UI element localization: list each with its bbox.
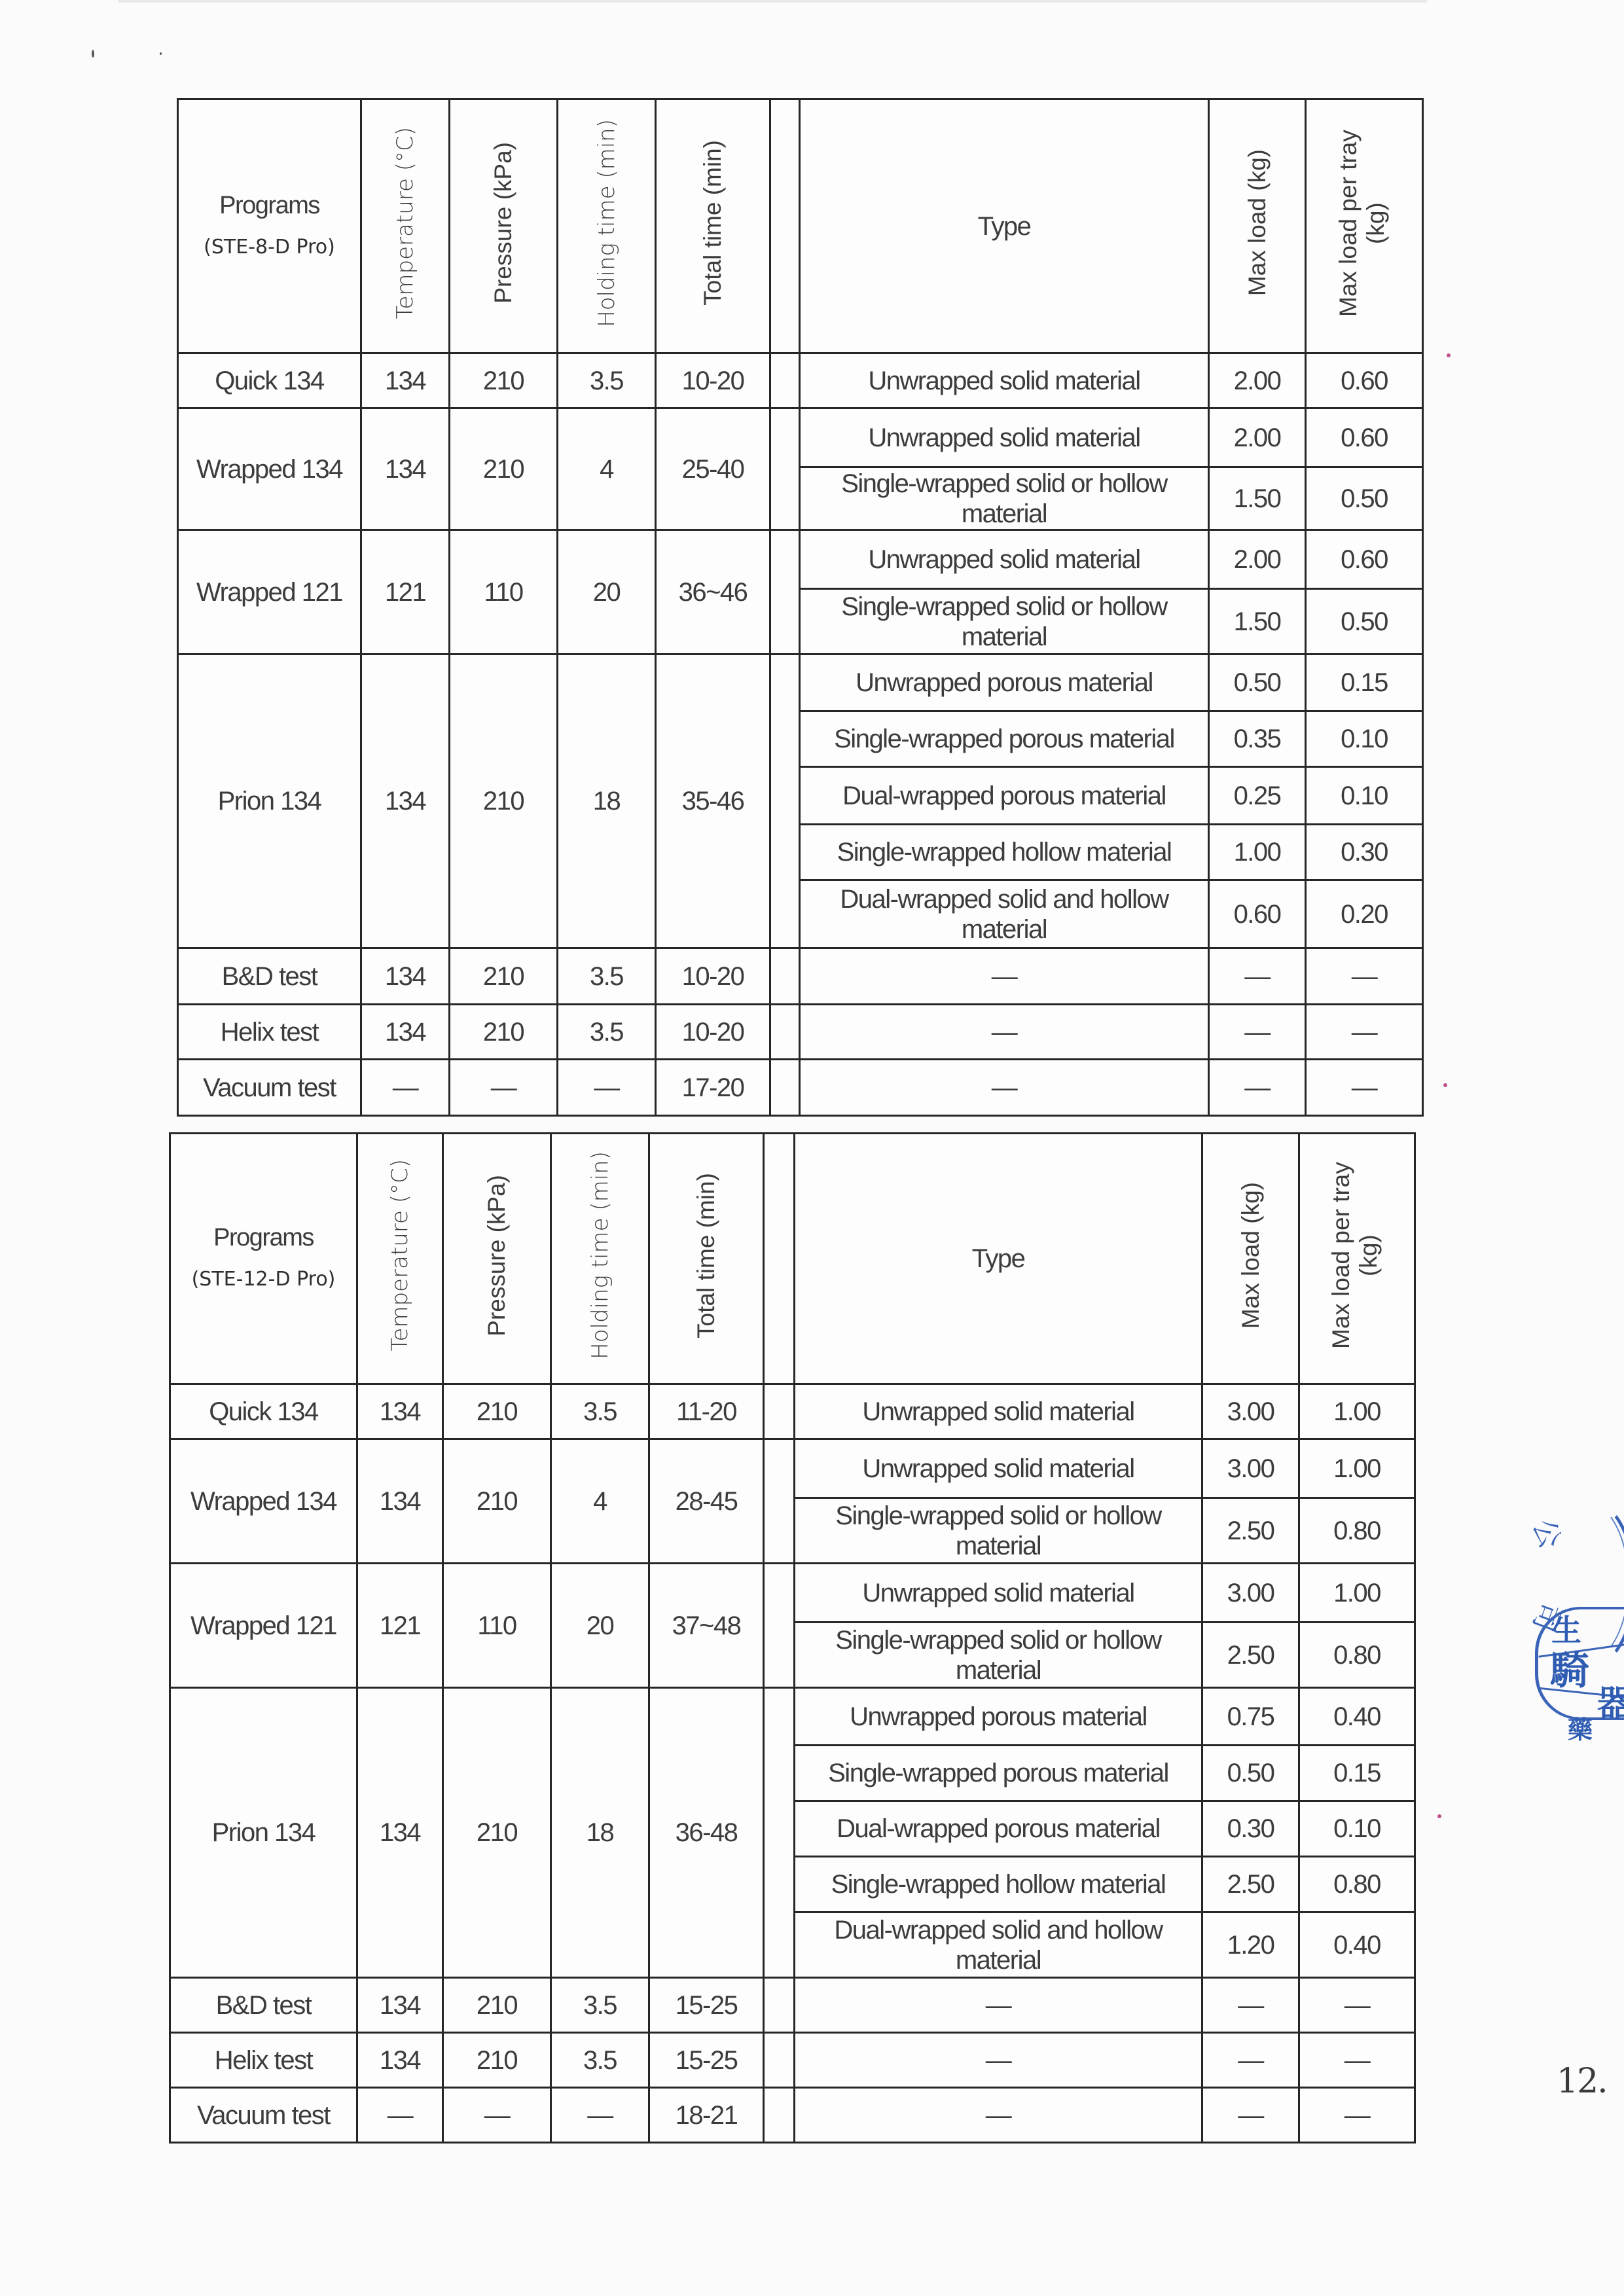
pressure-value: 210	[443, 1439, 551, 1564]
header-holding-time: Holding time (min)	[551, 1134, 649, 1384]
table-body: Programs(STE-12-D Pro)Temperature (°C)Pr…	[170, 1134, 1415, 2143]
header-spacer	[770, 99, 800, 353]
holding-time-value: 20	[551, 1564, 649, 1688]
max-load-value: 2.50	[1202, 1623, 1299, 1688]
column-header-label: Temperature (°C)	[391, 127, 419, 319]
header-row: Programs(STE-8-D Pro)Temperature (°C)Pre…	[178, 99, 1423, 353]
temperature-value: 134	[357, 1384, 443, 1439]
max-load-value: 0.60	[1209, 880, 1306, 948]
spacer-cell	[770, 530, 800, 655]
per-tray-value: 0.15	[1299, 1746, 1415, 1801]
program-table-ste-12: Programs(STE-12-D Pro)Temperature (°C)Pr…	[169, 1132, 1416, 2144]
max-load-value: 3.00	[1202, 1439, 1299, 1498]
column-header-label: Temperature (°C)	[386, 1159, 414, 1351]
total-time-value: 37~48	[649, 1564, 764, 1688]
load-type: Single-wrapped porous material	[800, 711, 1209, 767]
per-tray-value: 0.30	[1306, 825, 1423, 880]
program-name: Wrapped 121	[178, 530, 361, 655]
column-header-label: Pressure (kPa)	[490, 142, 517, 304]
temperature-value: 134	[361, 948, 450, 1005]
table-row: Prion 1341342101835-46Unwrapped porous m…	[178, 655, 1423, 711]
pressure-value: 210	[450, 948, 558, 1005]
per-tray-value: —	[1299, 1978, 1415, 2033]
total-time-value: 28-45	[649, 1439, 764, 1564]
max-load-value: 1.20	[1202, 1912, 1299, 1978]
load-type: Unwrapped solid material	[795, 1439, 1202, 1498]
header-type: Type	[800, 99, 1209, 353]
max-load-value: 0.25	[1209, 767, 1306, 825]
per-tray-value: 0.10	[1306, 767, 1423, 825]
temperature-value: 134	[361, 353, 450, 408]
table-body: Programs(STE-8-D Pro)Temperature (°C)Pre…	[178, 99, 1423, 1116]
header-spacer	[764, 1134, 795, 1384]
holding-time-value: 3.5	[551, 2033, 649, 2088]
temperature-value: —	[357, 2088, 443, 2143]
total-time-value: 10-20	[656, 948, 770, 1005]
per-tray-value: 0.60	[1306, 408, 1423, 467]
header-max-load-per-tray: Max load per tray (kg)	[1299, 1134, 1415, 1384]
spacer-cell	[770, 353, 800, 408]
per-tray-value: 0.40	[1299, 1912, 1415, 1978]
temperature-value: 134	[361, 408, 450, 530]
program-table-ste-8: Programs(STE-8-D Pro)Temperature (°C)Pre…	[177, 98, 1424, 1117]
temperature-value: —	[361, 1060, 450, 1116]
max-load-value: 1.50	[1209, 467, 1306, 530]
scan-edge	[118, 0, 1427, 3]
load-type: Dual-wrapped porous material	[800, 767, 1209, 825]
load-type: Single-wrapped porous material	[795, 1746, 1202, 1801]
programs-label: Programs	[179, 189, 360, 222]
load-type: Unwrapped solid material	[800, 353, 1209, 408]
per-tray-value: —	[1306, 948, 1423, 1005]
program-name: Vacuum test	[178, 1060, 361, 1116]
spacer-cell	[764, 1978, 795, 2033]
type-label: Type	[978, 212, 1031, 241]
header-row: Programs(STE-12-D Pro)Temperature (°C)Pr…	[170, 1134, 1415, 1384]
table-row: Wrapped 1211211102037~48Unwrapped solid …	[170, 1564, 1415, 1623]
stamp-character: 藥	[1568, 1710, 1593, 1746]
total-time-value: 36-48	[649, 1688, 764, 1978]
stamp-character: 騎	[1550, 1640, 1589, 1696]
per-tray-value: 0.10	[1299, 1801, 1415, 1857]
per-tray-value: 0.10	[1306, 711, 1423, 767]
holding-time-value: 4	[551, 1439, 649, 1564]
max-load-value: —	[1209, 1005, 1306, 1060]
table-row: B&D test1342103.515-25———	[170, 1978, 1415, 2033]
load-type: Dual-wrapped porous material	[795, 1801, 1202, 1857]
per-tray-value: 0.80	[1299, 1857, 1415, 1912]
header-temperature: Temperature (°C)	[357, 1134, 443, 1384]
holding-time-value: 3.5	[558, 948, 656, 1005]
column-header-label: Total time (min)	[693, 1173, 720, 1338]
spacer-cell	[770, 1060, 800, 1116]
holding-time-value: 3.5	[558, 353, 656, 408]
per-tray-value: 0.15	[1306, 655, 1423, 711]
spacer-cell	[764, 2033, 795, 2088]
max-load-value: 3.00	[1202, 1384, 1299, 1439]
column-header-label: Max load per tray (kg)	[1327, 1151, 1386, 1360]
load-type: Single-wrapped solid or hollow material	[800, 589, 1209, 655]
load-type: Single-wrapped solid or hollow material	[800, 467, 1209, 530]
header-total-time: Total time (min)	[649, 1134, 764, 1384]
load-type: Single-wrapped hollow material	[800, 825, 1209, 880]
temperature-value: 134	[357, 1688, 443, 1978]
holding-time-value: 3.5	[558, 1005, 656, 1060]
max-load-value: 0.75	[1202, 1688, 1299, 1746]
holding-time-value: 3.5	[551, 1384, 649, 1439]
max-load-value: 0.50	[1202, 1746, 1299, 1801]
temperature-value: 121	[361, 530, 450, 655]
temperature-value: 134	[361, 655, 450, 948]
model-label: (STE-8-D Pro)	[179, 231, 360, 264]
pressure-value: 110	[450, 530, 558, 655]
total-time-value: 25-40	[656, 408, 770, 530]
pressure-value: 210	[443, 2033, 551, 2088]
program-name: Quick 134	[170, 1384, 357, 1439]
load-type: Unwrapped porous material	[795, 1688, 1202, 1746]
load-type: —	[800, 1060, 1209, 1116]
header-max-load: Max load (kg)	[1202, 1134, 1299, 1384]
max-load-value: —	[1202, 2088, 1299, 2143]
spacer-cell	[770, 948, 800, 1005]
max-load-value: 1.50	[1209, 589, 1306, 655]
header-programs: Programs(STE-12-D Pro)	[170, 1134, 357, 1384]
max-load-value: 3.00	[1202, 1564, 1299, 1623]
table-row: Helix test1342103.515-25———	[170, 2033, 1415, 2088]
per-tray-value: 0.50	[1306, 467, 1423, 530]
spacer-cell	[764, 2088, 795, 2143]
max-load-value: —	[1209, 948, 1306, 1005]
table-row: Quick 1341342103.510-20Unwrapped solid m…	[178, 353, 1423, 408]
per-tray-value: —	[1306, 1060, 1423, 1116]
table-row: Quick 1341342103.511-20Unwrapped solid m…	[170, 1384, 1415, 1439]
holding-time-value: —	[558, 1060, 656, 1116]
table-row: Vacuum test———17-20———	[178, 1060, 1423, 1116]
load-type: Unwrapped solid material	[795, 1564, 1202, 1623]
header-programs: Programs(STE-8-D Pro)	[178, 99, 361, 353]
program-name: Wrapped 121	[170, 1564, 357, 1688]
load-type: —	[795, 2088, 1202, 2143]
load-type: Single-wrapped solid or hollow material	[795, 1623, 1202, 1688]
spacer-cell	[764, 1384, 795, 1439]
holding-time-value: —	[551, 2088, 649, 2143]
program-name: Wrapped 134	[178, 408, 361, 530]
table-row: Prion 1341342101836-48Unwrapped porous m…	[170, 1688, 1415, 1746]
max-load-value: —	[1202, 2033, 1299, 2088]
total-time-value: 17-20	[656, 1060, 770, 1116]
column-header-label: Holding time (min)	[586, 1151, 614, 1359]
per-tray-value: —	[1299, 2033, 1415, 2088]
load-type: —	[800, 948, 1209, 1005]
per-tray-value: 0.50	[1306, 589, 1423, 655]
holding-time-value: 3.5	[551, 1978, 649, 2033]
temperature-value: 134	[357, 1439, 443, 1564]
max-load-value: 2.00	[1209, 530, 1306, 589]
pressure-value: 210	[443, 1384, 551, 1439]
spacer-cell	[770, 1005, 800, 1060]
per-tray-value: 0.20	[1306, 880, 1423, 948]
load-type: —	[800, 1005, 1209, 1060]
per-tray-value: 0.40	[1299, 1688, 1415, 1746]
per-tray-value: 0.60	[1306, 530, 1423, 589]
program-name: B&D test	[170, 1978, 357, 2033]
total-time-value: 15-25	[649, 2033, 764, 2088]
pressure-value: —	[450, 1060, 558, 1116]
total-time-value: 18-21	[649, 2088, 764, 2143]
max-load-value: 2.50	[1202, 1498, 1299, 1564]
load-type: Dual-wrapped solid and hollow material	[800, 880, 1209, 948]
pressure-value: 210	[450, 1005, 558, 1060]
max-load-value: 1.00	[1209, 825, 1306, 880]
scan-dot	[1447, 353, 1451, 357]
per-tray-value: 1.00	[1299, 1439, 1415, 1498]
per-tray-value: 0.80	[1299, 1498, 1415, 1564]
max-load-value: 0.30	[1202, 1801, 1299, 1857]
header-holding-time: Holding time (min)	[558, 99, 656, 353]
total-time-value: 36~46	[656, 530, 770, 655]
column-header-label: Max load per tray (kg)	[1335, 118, 1394, 328]
per-tray-value: 0.60	[1306, 353, 1423, 408]
table-row: B&D test1342103.510-20———	[178, 948, 1423, 1005]
spacer-cell	[764, 1564, 795, 1688]
pressure-value: —	[443, 2088, 551, 2143]
load-type: Unwrapped porous material	[800, 655, 1209, 711]
temperature-value: 134	[361, 1005, 450, 1060]
scan-dot	[1443, 1083, 1447, 1087]
holding-time-value: 18	[551, 1688, 649, 1978]
temperature-value: 121	[357, 1564, 443, 1688]
program-name: Prion 134	[178, 655, 361, 948]
pressure-value: 210	[443, 1978, 551, 2033]
max-load-value: 0.50	[1209, 655, 1306, 711]
total-time-value: 10-20	[656, 1005, 770, 1060]
header-pressure: Pressure (kPa)	[450, 99, 558, 353]
scan-speck	[92, 50, 94, 58]
table-row: Wrapped 134134210428-45Unwrapped solid m…	[170, 1439, 1415, 1498]
pressure-value: 210	[443, 1688, 551, 1978]
load-type: —	[795, 1978, 1202, 2033]
max-load-value: 2.00	[1209, 408, 1306, 467]
program-name: Helix test	[178, 1005, 361, 1060]
column-header-label: Pressure (kPa)	[483, 1175, 511, 1336]
load-type: Unwrapped solid material	[800, 530, 1209, 589]
total-time-value: 10-20	[656, 353, 770, 408]
temperature-value: 134	[357, 2033, 443, 2088]
per-tray-value: —	[1306, 1005, 1423, 1060]
pressure-value: 210	[450, 655, 558, 948]
header-max-load: Max load (kg)	[1209, 99, 1306, 353]
scan-dot	[1437, 1814, 1441, 1818]
header-pressure: Pressure (kPa)	[443, 1134, 551, 1384]
header-max-load-per-tray: Max load per tray (kg)	[1306, 99, 1423, 353]
column-header-label: Holding time (min)	[593, 119, 621, 327]
scan-speck	[160, 52, 162, 55]
program-name: Wrapped 134	[170, 1439, 357, 1564]
load-type: Single-wrapped solid or hollow material	[795, 1498, 1202, 1564]
program-name: Vacuum test	[170, 2088, 357, 2143]
holding-time-value: 4	[558, 408, 656, 530]
total-time-value: 11-20	[649, 1384, 764, 1439]
spacer-cell	[764, 1439, 795, 1564]
type-label: Type	[972, 1244, 1025, 1273]
holding-time-value: 18	[558, 655, 656, 948]
table-row: Wrapped 134134210425-40Unwrapped solid m…	[178, 408, 1423, 467]
header-type: Type	[795, 1134, 1202, 1384]
per-tray-value: —	[1299, 2088, 1415, 2143]
column-header-label: Total time (min)	[699, 140, 727, 306]
max-load-value: 0.35	[1209, 711, 1306, 767]
total-time-value: 35-46	[656, 655, 770, 948]
program-name: Helix test	[170, 2033, 357, 2088]
load-type: Single-wrapped hollow material	[795, 1857, 1202, 1912]
table-row: Helix test1342103.510-20———	[178, 1005, 1423, 1060]
table-row: Wrapped 1211211102036~46Unwrapped solid …	[178, 530, 1423, 589]
program-name: Quick 134	[178, 353, 361, 408]
stamp-character: 器	[1597, 1676, 1624, 1726]
total-time-value: 15-25	[649, 1978, 764, 2033]
model-label: (STE-12-D Pro)	[171, 1263, 356, 1296]
per-tray-value: 1.00	[1299, 1384, 1415, 1439]
temperature-value: 134	[357, 1978, 443, 2033]
page-number: 12.	[1557, 2062, 1607, 2101]
per-tray-value: 1.00	[1299, 1564, 1415, 1623]
pressure-value: 210	[450, 353, 558, 408]
header-total-time: Total time (min)	[656, 99, 770, 353]
max-load-value: —	[1202, 1978, 1299, 2033]
header-temperature: Temperature (°C)	[361, 99, 450, 353]
pressure-value: 110	[443, 1564, 551, 1688]
max-load-value: 2.50	[1202, 1857, 1299, 1912]
max-load-value: —	[1209, 1060, 1306, 1116]
spacer-cell	[770, 408, 800, 530]
table-row: Vacuum test———18-21———	[170, 2088, 1415, 2143]
load-type: —	[795, 2033, 1202, 2088]
column-header-label: Max load (kg)	[1237, 1182, 1265, 1329]
holding-time-value: 20	[558, 530, 656, 655]
spacer-cell	[770, 655, 800, 948]
load-type: Dual-wrapped solid and hollow material	[795, 1912, 1202, 1978]
load-type: Unwrapped solid material	[800, 408, 1209, 467]
program-name: B&D test	[178, 948, 361, 1005]
load-type: Unwrapped solid material	[795, 1384, 1202, 1439]
program-name: Prion 134	[170, 1688, 357, 1978]
pressure-value: 210	[450, 408, 558, 530]
column-header-label: Max load (kg)	[1244, 149, 1271, 296]
spacer-cell	[764, 1688, 795, 1978]
programs-label: Programs	[171, 1221, 356, 1254]
max-load-value: 2.00	[1209, 353, 1306, 408]
per-tray-value: 0.80	[1299, 1623, 1415, 1688]
